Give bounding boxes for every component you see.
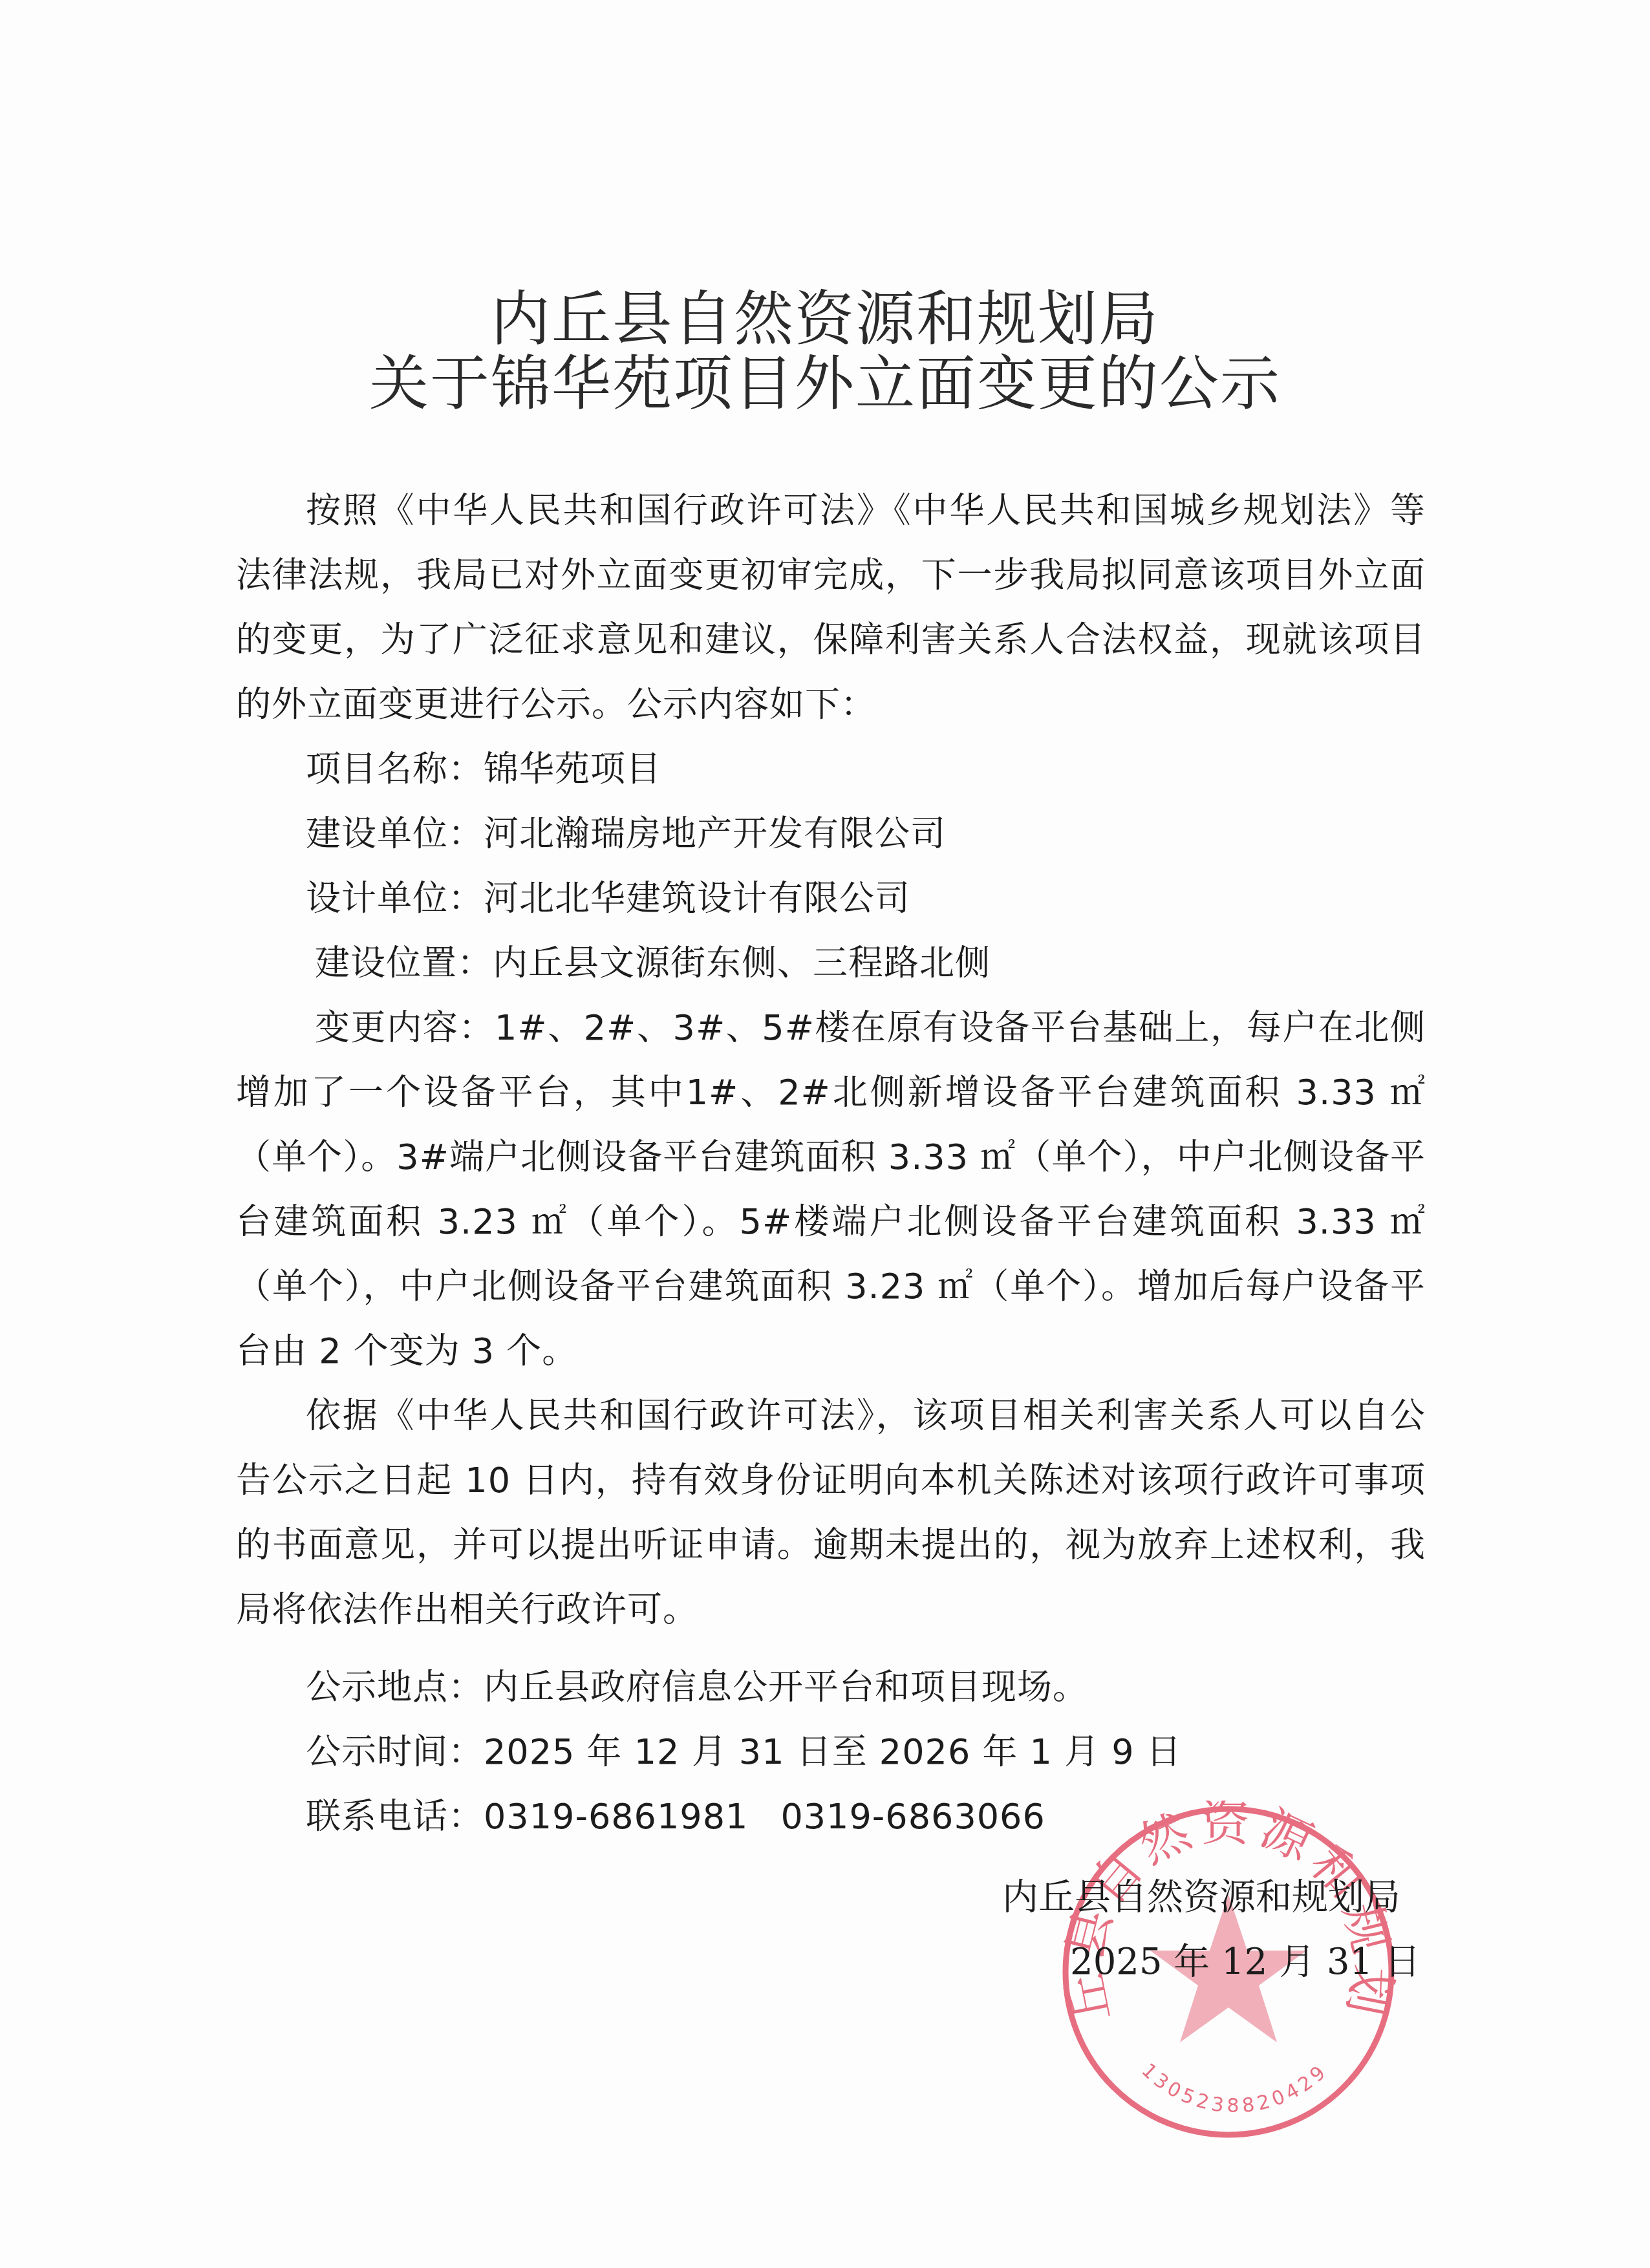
field-value: 2025 年 12 月 31 日至 2026 年 1 月 9 日 [484, 1731, 1182, 1772]
signature-date: 2025 年 12 月 31 日 [1070, 1933, 1420, 1985]
field-label: 建设位置： [315, 943, 493, 983]
field-label: 设计单位： [306, 878, 484, 919]
legal-notice-paragraph: 依据《中华人民共和国行政许可法》，该项目相关利害关系人可以自公告公示之日起 10… [236, 1384, 1426, 1642]
field-label: 项目名称： [306, 749, 484, 789]
notice-location-field: 公示地点：内丘县政府信息公开平台和项目现场。 [236, 1655, 1426, 1720]
change-content-paragraph: 变更内容：1#、2#、3#、5#楼在原有设备平台基础上，每户在北侧增加了一个设备… [236, 996, 1426, 1384]
field-label: 公示时间： [306, 1731, 484, 1772]
field-value: 内丘县政府信息公开平台和项目现场。 [484, 1667, 1088, 1707]
change-content-section: 变更内容：1#、2#、3#、5#楼在原有设备平台基础上，每户在北侧增加了一个设备… [236, 996, 1426, 1384]
intro-paragraph: 按照《中华人民共和国行政许可法》《中华人民共和国城乡规划法》等法律法规，我局已对… [236, 478, 1426, 737]
change-content-text: 1#、2#、3#、5#楼在原有设备平台基础上，每户在北侧增加了一个设备平台，其中… [236, 1007, 1426, 1371]
notice-period-field: 公示时间：2025 年 12 月 31 日至 2026 年 1 月 9 日 [236, 1720, 1426, 1784]
signature-organization: 内丘县自然资源和规划局 [1002, 1868, 1400, 1920]
phone-2: 0319-6863066 [780, 1796, 1045, 1837]
field-value: 河北瀚瑞房地产开发有限公司 [484, 813, 946, 854]
field-label: 公示地点： [306, 1667, 484, 1707]
field-value: 锦华苑项目 [484, 749, 661, 789]
title-line-2: 关于锦华苑项目外立面变更的公示 [0, 336, 1650, 422]
field-label: 建设单位： [306, 813, 484, 854]
contact-phone-field: 联系电话：0319-68619810319-6863066 [236, 1784, 1426, 1849]
field-value: 内丘县文源街东侧、三程路北侧 [493, 943, 991, 983]
builder-field: 建设单位：河北瀚瑞房地产开发有限公司 [236, 802, 1426, 866]
intro-section: 按照《中华人民共和国行政许可法》《中华人民共和国城乡规划法》等法律法规，我局已对… [236, 478, 1426, 737]
designer-field: 设计单位：河北北华建筑设计有限公司 [236, 866, 1426, 931]
notice-details: 公示地点：内丘县政府信息公开平台和项目现场。 公示时间：2025 年 12 月 … [236, 1655, 1426, 1849]
change-content-label: 变更内容： [315, 1007, 495, 1048]
document-page: 内丘县自然资源和规划局 关于锦华苑项目外立面变更的公示 按照《中华人民共和国行政… [0, 0, 1650, 2268]
project-info: 项目名称：锦华苑项目 建设单位：河北瀚瑞房地产开发有限公司 设计单位：河北北华建… [236, 737, 1426, 996]
field-label: 联系电话： [306, 1796, 484, 1837]
phone-1: 0319-6861981 [484, 1796, 748, 1837]
location-field: 建设位置：内丘县文源街东侧、三程路北侧 [236, 931, 1426, 996]
field-value: 河北北华建筑设计有限公司 [484, 878, 910, 919]
project-name-field: 项目名称：锦华苑项目 [236, 737, 1426, 802]
svg-text:1305238820429: 1305238820429 [1137, 2059, 1333, 2117]
legal-notice-section: 依据《中华人民共和国行政许可法》，该项目相关利害关系人可以自公告公示之日起 10… [236, 1384, 1426, 1642]
